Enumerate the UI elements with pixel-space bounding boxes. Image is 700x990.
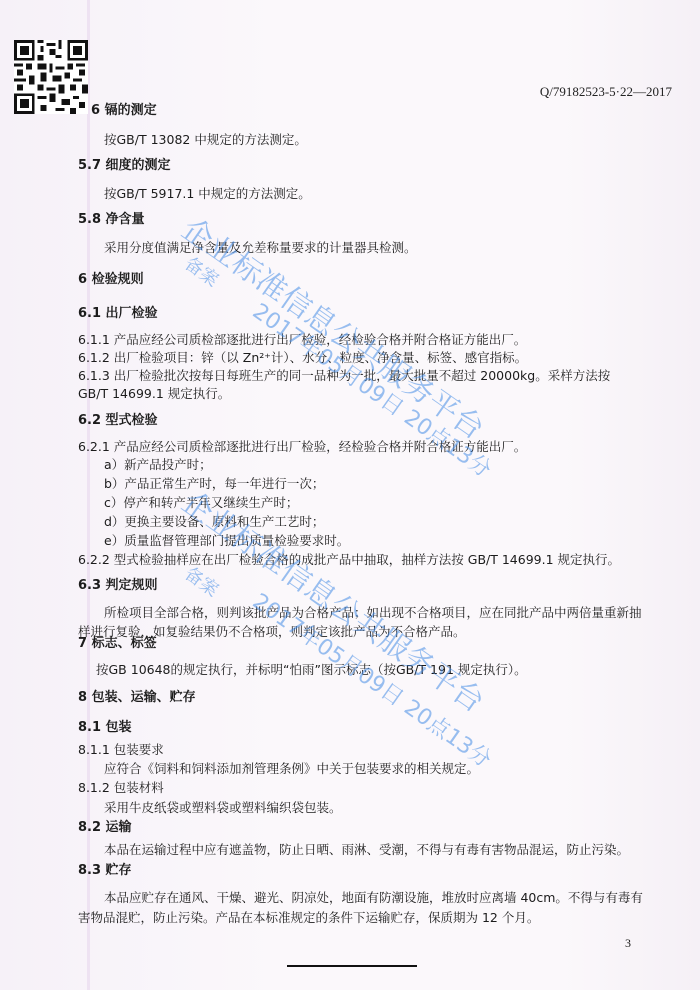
paragraph-line: 应符合《饲料和饲料添加剂管理条例》中关于包装要求的相关规定。 xyxy=(104,761,479,777)
paragraph-line: 8.1.1 包装要求 xyxy=(78,742,164,758)
paragraph-line: 所检项目全部合格，则判该批产品为合格产品；如出现不合格项目，应在同批产品中两倍量… xyxy=(104,605,642,621)
section-heading: 6.3 判定规则 xyxy=(78,578,158,594)
section-heading: 6.2 型式检验 xyxy=(78,413,158,429)
list-item: c）停产和转产半年又继续生产时； xyxy=(104,495,298,511)
section-heading: 8.3 贮存 xyxy=(78,863,132,879)
page-number: 3 xyxy=(625,936,631,951)
list-item: a）新产品投产时； xyxy=(104,457,212,473)
paragraph-line: 本品在运输过程中应有遮盖物，防止日晒、雨淋、受潮，不得与有毒有害物品混运，防止污… xyxy=(104,842,629,858)
paragraph-line: 6.1.1 产品应经公司质检部逐批进行出厂检验，经检验合格并附合格证方能出厂。 xyxy=(78,332,526,348)
list-item: b）产品正常生产时，每一年进行一次； xyxy=(104,476,324,492)
section-heading: 6 检验规则 xyxy=(78,272,144,288)
section-heading: 5.7 细度的测定 xyxy=(78,158,171,174)
list-item: e）质量监督管理部门提出质量检验要求时。 xyxy=(104,533,349,549)
qr-code xyxy=(14,40,88,114)
paragraph-line: 按GB/T 13082 中规定的方法测定。 xyxy=(104,132,307,148)
paragraph-line: 采用分度值满足净含量及允差称量要求的计量器具检测。 xyxy=(104,240,417,256)
scan-fold-line xyxy=(87,0,90,990)
section-heading: 5.8 净含量 xyxy=(78,212,145,228)
section-heading: 8.1 包装 xyxy=(78,720,132,736)
paragraph-line: 本品应贮存在通风、干燥、避光、阴凉处，地面有防潮设施，堆放时应离墙 40cm。不… xyxy=(104,890,643,906)
paragraph-line: 8.1.2 包装材料 xyxy=(78,780,164,796)
paragraph-line: 按GB/T 5917.1 中规定的方法测定。 xyxy=(104,186,311,202)
paragraph-line: 按GB 10648的规定执行，并标明“怕雨”图示标志（按GB/T 191 规定执… xyxy=(96,662,527,678)
paragraph-line: 6.1.2 出厂检验项目：锌（以 Zn²⁺计）、水分、粒度、净含量、标签、感官指… xyxy=(78,350,527,366)
paragraph-line: 6.2.1 产品应经公司质检部逐批进行出厂检验，经检验合格并附合格证方能出厂。 xyxy=(78,439,526,455)
footer-rule xyxy=(287,965,417,967)
paragraph-line: 采用牛皮纸袋或塑料袋或塑料编织袋包装。 xyxy=(104,800,342,816)
section-heading: 8 包装、运输、贮存 xyxy=(78,690,196,706)
standard-code: Q/79182523-5·22—2017 xyxy=(540,84,672,100)
list-item: d）更换主要设备、原料和生产工艺时； xyxy=(104,514,324,530)
paragraph-line: 6.2.2 型式检验抽样应在出厂检验合格的成批产品中抽取，抽样方法按 GB/T … xyxy=(78,552,620,568)
section-heading: 8.2 运输 xyxy=(78,820,132,836)
paragraph-line: 害物品混贮，防止污染。产品在本标准规定的条件下运输贮存，保质期为 12 个月。 xyxy=(78,910,539,926)
section-heading: 7 标志、标签 xyxy=(78,636,157,652)
section-heading: 6.1 出厂检验 xyxy=(78,306,158,322)
paragraph-line: GB/T 14699.1 规定执行。 xyxy=(78,386,230,402)
section-heading: 6 镉的测定 xyxy=(91,103,157,119)
paragraph-line: 6.1.3 出厂检验批次按每日每班生产的同一品种为一批，最大批量不超过 2000… xyxy=(78,368,610,384)
